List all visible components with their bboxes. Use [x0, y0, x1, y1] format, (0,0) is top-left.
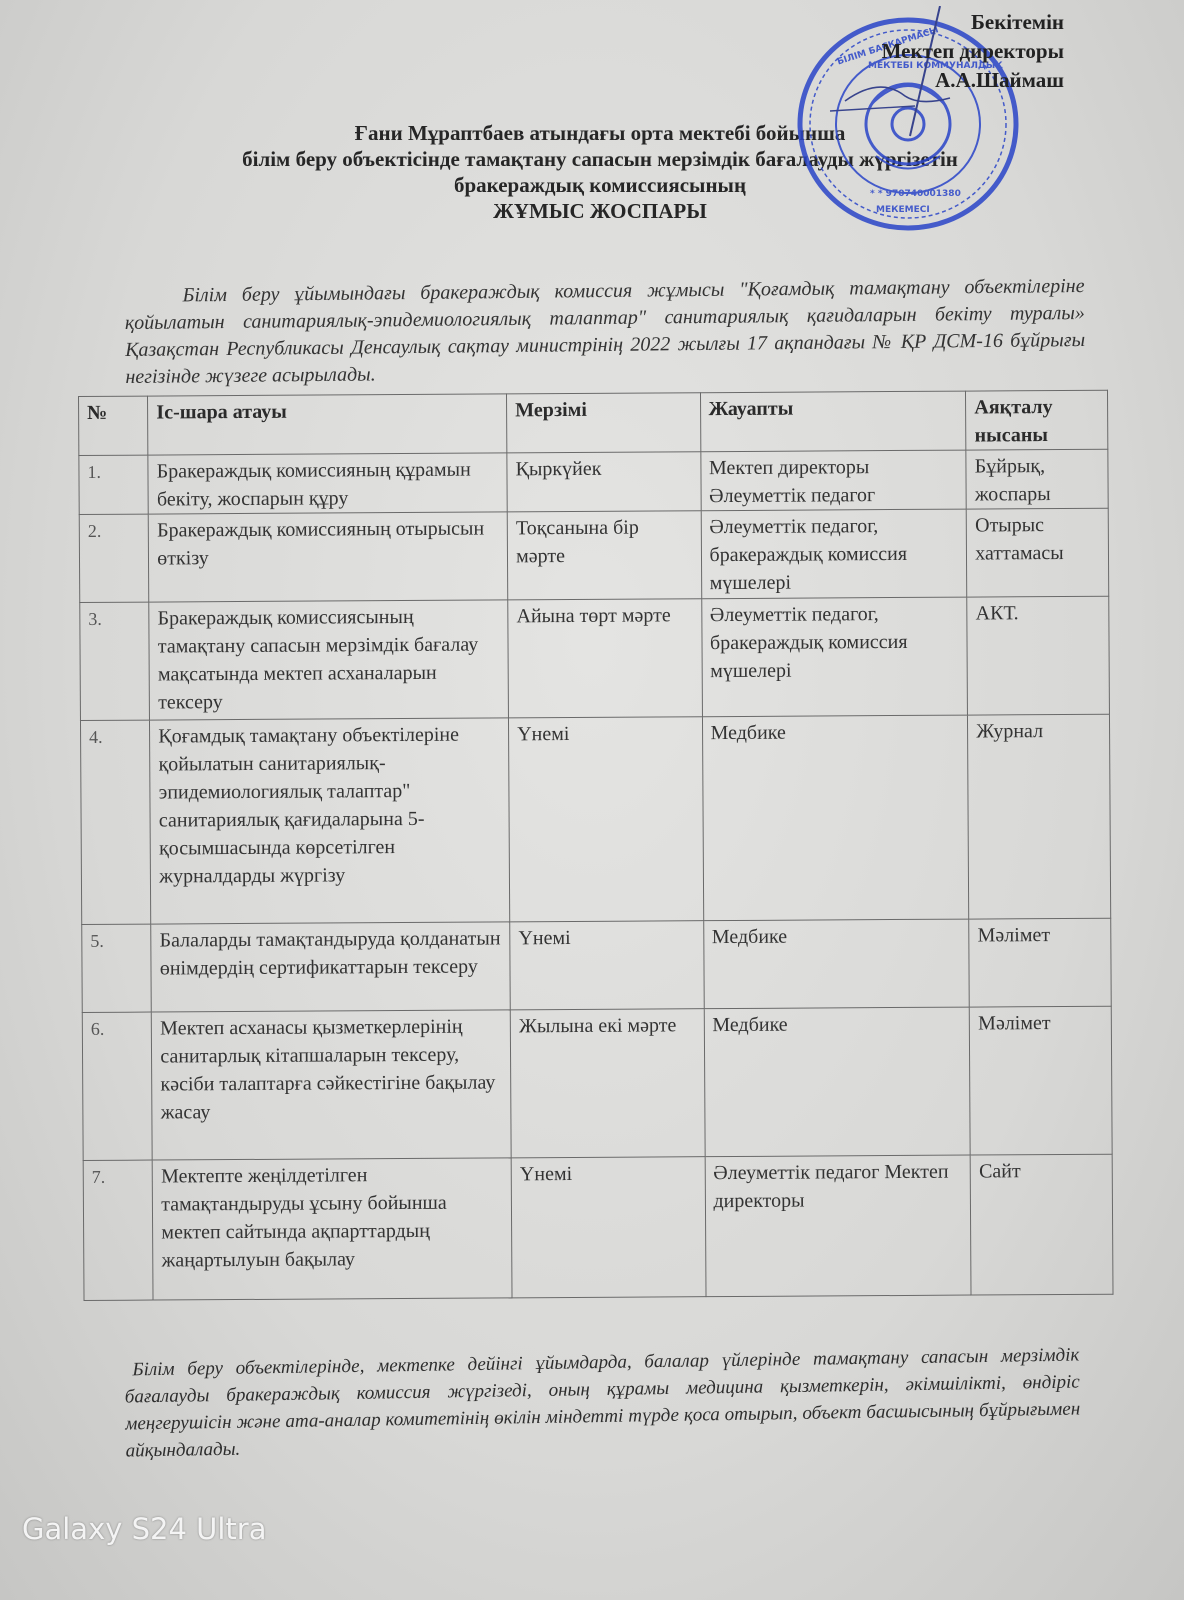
row-term: Үнемі	[510, 921, 704, 1010]
intro-paragraph: Білім беру ұйымындағы бракераждық комисс…	[124, 273, 1085, 391]
approval-block: Бекітемін Мектеп директоры А.А.Шаймаш	[882, 8, 1064, 95]
row-term: Қыркүйек	[507, 452, 701, 512]
svg-text:МЕКЕМЕСІ: МЕКЕМЕСІ	[876, 205, 930, 215]
approval-signatory: А.А.Шаймаш	[882, 66, 1064, 95]
svg-text:* * 970740001380: * * 970740001380	[870, 189, 961, 199]
row-term: Тоқсанына бір мәрте	[507, 511, 701, 600]
row-number: 6.	[82, 1012, 152, 1160]
camera-watermark: Galaxy S24 Ultra	[22, 1512, 267, 1546]
table-row: 1. Бракераждық комиссияның құрамын бекіт…	[79, 449, 1108, 514]
row-activity: Мектепте жеңілдетілген тамақтандыруды ұс…	[152, 1158, 512, 1300]
work-plan-table: № Іс-шара атауы Мерзімі Жауапты Аяқталу …	[78, 390, 1114, 1301]
row-activity: Бракераждық комиссиясының тамақтану сапа…	[149, 600, 509, 720]
table-row: 3. Бракераждық комиссиясының тамақтану с…	[80, 596, 1110, 720]
approval-position: Мектеп директоры	[882, 37, 1064, 66]
row-term: Айына төрт мәрте	[508, 599, 702, 718]
closing-paragraph: Білім беру объектілерінде, мектепке дейі…	[124, 1342, 1081, 1465]
table-row: 7. Мектепте жеңілдетілген тамақтандыруды…	[83, 1154, 1113, 1300]
row-activity: Балаларды тамақтандыруда қолданатын өнім…	[151, 922, 510, 1012]
approval-heading: Бекітемін	[882, 8, 1064, 37]
table-row: 2. Бракераждық комиссияның отырысын өткі…	[79, 508, 1109, 602]
row-completion-form: Журнал	[968, 714, 1111, 919]
row-number: 5.	[82, 924, 152, 1012]
header-completion-form: Аяқталу нысаны	[966, 390, 1108, 450]
row-responsible: Әлеуметтік педагог, бракераждық комиссия…	[701, 509, 967, 599]
row-completion-form: Мәлімет	[969, 918, 1111, 1007]
row-number: 3.	[80, 602, 150, 720]
table-row: 6. Мектеп асханасы қызметкерлерінің сани…	[82, 1006, 1112, 1160]
header-activity: Іс-шара атауы	[148, 394, 507, 455]
row-number: 7.	[83, 1160, 153, 1300]
row-responsible: Медбике	[703, 919, 969, 1009]
row-completion-form: Бұйрық, жоспары	[966, 449, 1108, 509]
row-activity: Мектеп асханасы қызметкерлерінің санитар…	[152, 1010, 512, 1160]
row-completion-form: Сайт	[970, 1154, 1113, 1295]
document-page: БІЛІМ БАСҚАРМАСЫ МЕКТЕБІ КОММУНАЛДЫҚ * *…	[0, 0, 1184, 1600]
row-number: 1.	[79, 455, 149, 514]
table-header-row: № Іс-шара атауы Мерзімі Жауапты Аяқталу …	[79, 390, 1108, 455]
table-row: 4. Қоғамдық тамақтану объектілеріне қойы…	[80, 714, 1110, 924]
header-responsible: Жауапты	[700, 391, 966, 452]
row-responsible: Медбике	[704, 1007, 971, 1157]
row-completion-form: Мәлімет	[970, 1006, 1113, 1155]
row-activity: Қоғамдық тамақтану объектілеріне қойылат…	[150, 718, 510, 924]
row-term: Жылына екі мәрте	[510, 1009, 704, 1158]
header-number: №	[79, 396, 149, 455]
row-term: Үнемі	[511, 1157, 705, 1298]
row-number: 2.	[79, 514, 149, 602]
row-activity: Бракераждық комиссияның отырысын өткізу	[149, 512, 508, 602]
row-responsible: Мектеп директоры Әлеуметтік педагог	[700, 450, 966, 511]
header-term: Мерзімі	[507, 393, 701, 453]
row-number: 4.	[80, 720, 151, 924]
row-activity: Бракераждық комиссияның құрамын бекіту, …	[148, 453, 507, 514]
row-responsible: Әлеуметтік педагог Мектеп директоры	[705, 1155, 972, 1297]
row-responsible: Медбике	[702, 715, 969, 921]
row-term: Үнемі	[509, 717, 704, 922]
table-row: 5. Балаларды тамақтандыруда қолданатын ө…	[82, 918, 1112, 1012]
row-completion-form: Отырыс хаттамасы	[966, 508, 1108, 597]
row-completion-form: АКТ.	[967, 596, 1109, 715]
row-responsible: Әлеуметтік педагог, бракераждық комиссия…	[701, 597, 967, 717]
